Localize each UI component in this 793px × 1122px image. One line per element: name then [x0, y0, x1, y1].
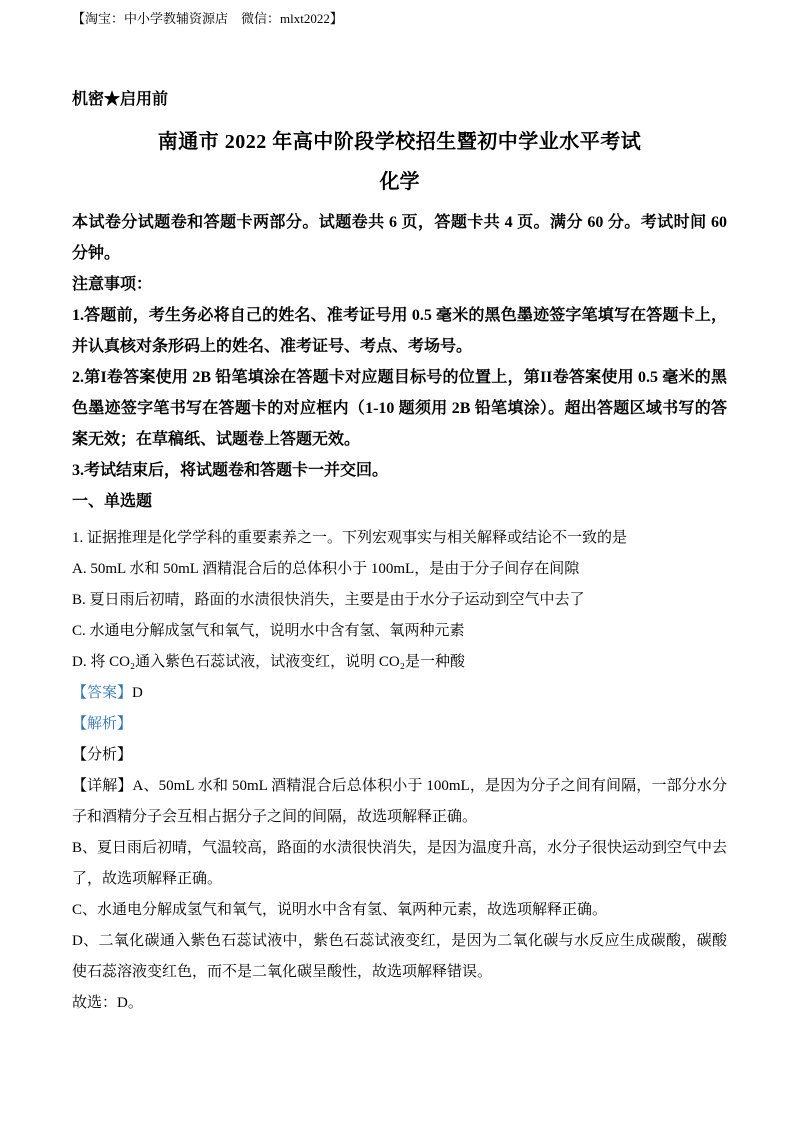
exam-title: 南通市 2022 年高中阶段学校招生暨初中学业水平考试 [72, 127, 727, 157]
option-b: B. 夏日雨后初晴，路面的水渍很快消失，主要是由于水分子运动到空气中去了 [72, 585, 727, 616]
analysis-label: 【分析】 [72, 740, 727, 771]
option-a: A. 50mL 水和 50mL 酒精混合后的总体积小于 100mL，是由于分子间… [72, 554, 727, 585]
notice-item-2: 2.第I卷答案使用 2B 铅笔填涂在答题卡对应题目标号的位置上，第II卷答案使用… [72, 362, 727, 455]
detail-paragraph-d: D、二氧化碳通入紫色石蕊试液中，紫色石蕊试液变红，是因为二氧化碳与水反应生成碳酸… [72, 926, 727, 988]
detail-paragraph-c: C、水通电分解成氢气和氧气，说明水中含有氢、氧两种元素，故选项解释正确。 [72, 895, 727, 926]
notice-item-1: 1.答题前，考生务必将自己的姓名、准考证号用 0.5 毫米的黑色墨迹签字笔填写在… [72, 300, 727, 362]
detail-label: 【详解】 [72, 778, 133, 794]
option-d: D. 将 CO₂通入紫色石蕊试液，试液变红，说明 CO₂是一种酸 [72, 647, 727, 678]
question-stem: 1. 证据推理是化学学科的重要素养之一。下列宏观事实与相关解释或结论不一致的是 [72, 523, 727, 554]
answer-line: 【答案】D [72, 678, 727, 709]
notice-item-3: 3.考试结束后，将试题卷和答题卡一并交回。 [72, 455, 727, 486]
detail-text-a: A、50mL 水和 50mL 酒精混合后总体积小于 100mL，是因为分子之间有… [72, 778, 727, 825]
classification-label: 机密★启用前 [72, 90, 727, 110]
exam-notice-section: 本试卷分试题卷和答题卡两部分。试题卷共 6 页，答题卡共 4 页。满分 60 分… [72, 207, 727, 517]
watermark-header: 【淘宝：中小学教辅资源店 微信：mlxt2022】 [72, 10, 727, 27]
question-1: 1. 证据推理是化学学科的重要素养之一。下列宏观事实与相关解释或结论不一致的是 … [72, 523, 727, 1019]
answer-label: 【答案】 [72, 685, 132, 701]
explanation-label: 【解析】 [72, 709, 727, 740]
document-page: 【淘宝：中小学教辅资源店 微信：mlxt2022】 机密★启用前 南通市 202… [0, 0, 793, 1122]
answer-value: D [132, 685, 143, 701]
conclusion-text: 故选：D。 [72, 988, 727, 1019]
detail-paragraph-b: B、夏日雨后初晴，气温较高，路面的水渍很快消失，是因为温度升高，水分子很快运动到… [72, 833, 727, 895]
intro-paragraph: 本试卷分试题卷和答题卡两部分。试题卷共 6 页，答题卡共 4 页。满分 60 分… [72, 207, 727, 269]
option-c: C. 水通电分解成氢气和氧气，说明水中含有氢、氧两种元素 [72, 616, 727, 647]
exam-subject: 化学 [72, 167, 727, 197]
detail-paragraph-a: 【详解】A、50mL 水和 50mL 酒精混合后总体积小于 100mL，是因为分… [72, 771, 727, 833]
section-heading: 一、单选题 [72, 486, 727, 517]
notice-heading: 注意事项： [72, 269, 727, 300]
